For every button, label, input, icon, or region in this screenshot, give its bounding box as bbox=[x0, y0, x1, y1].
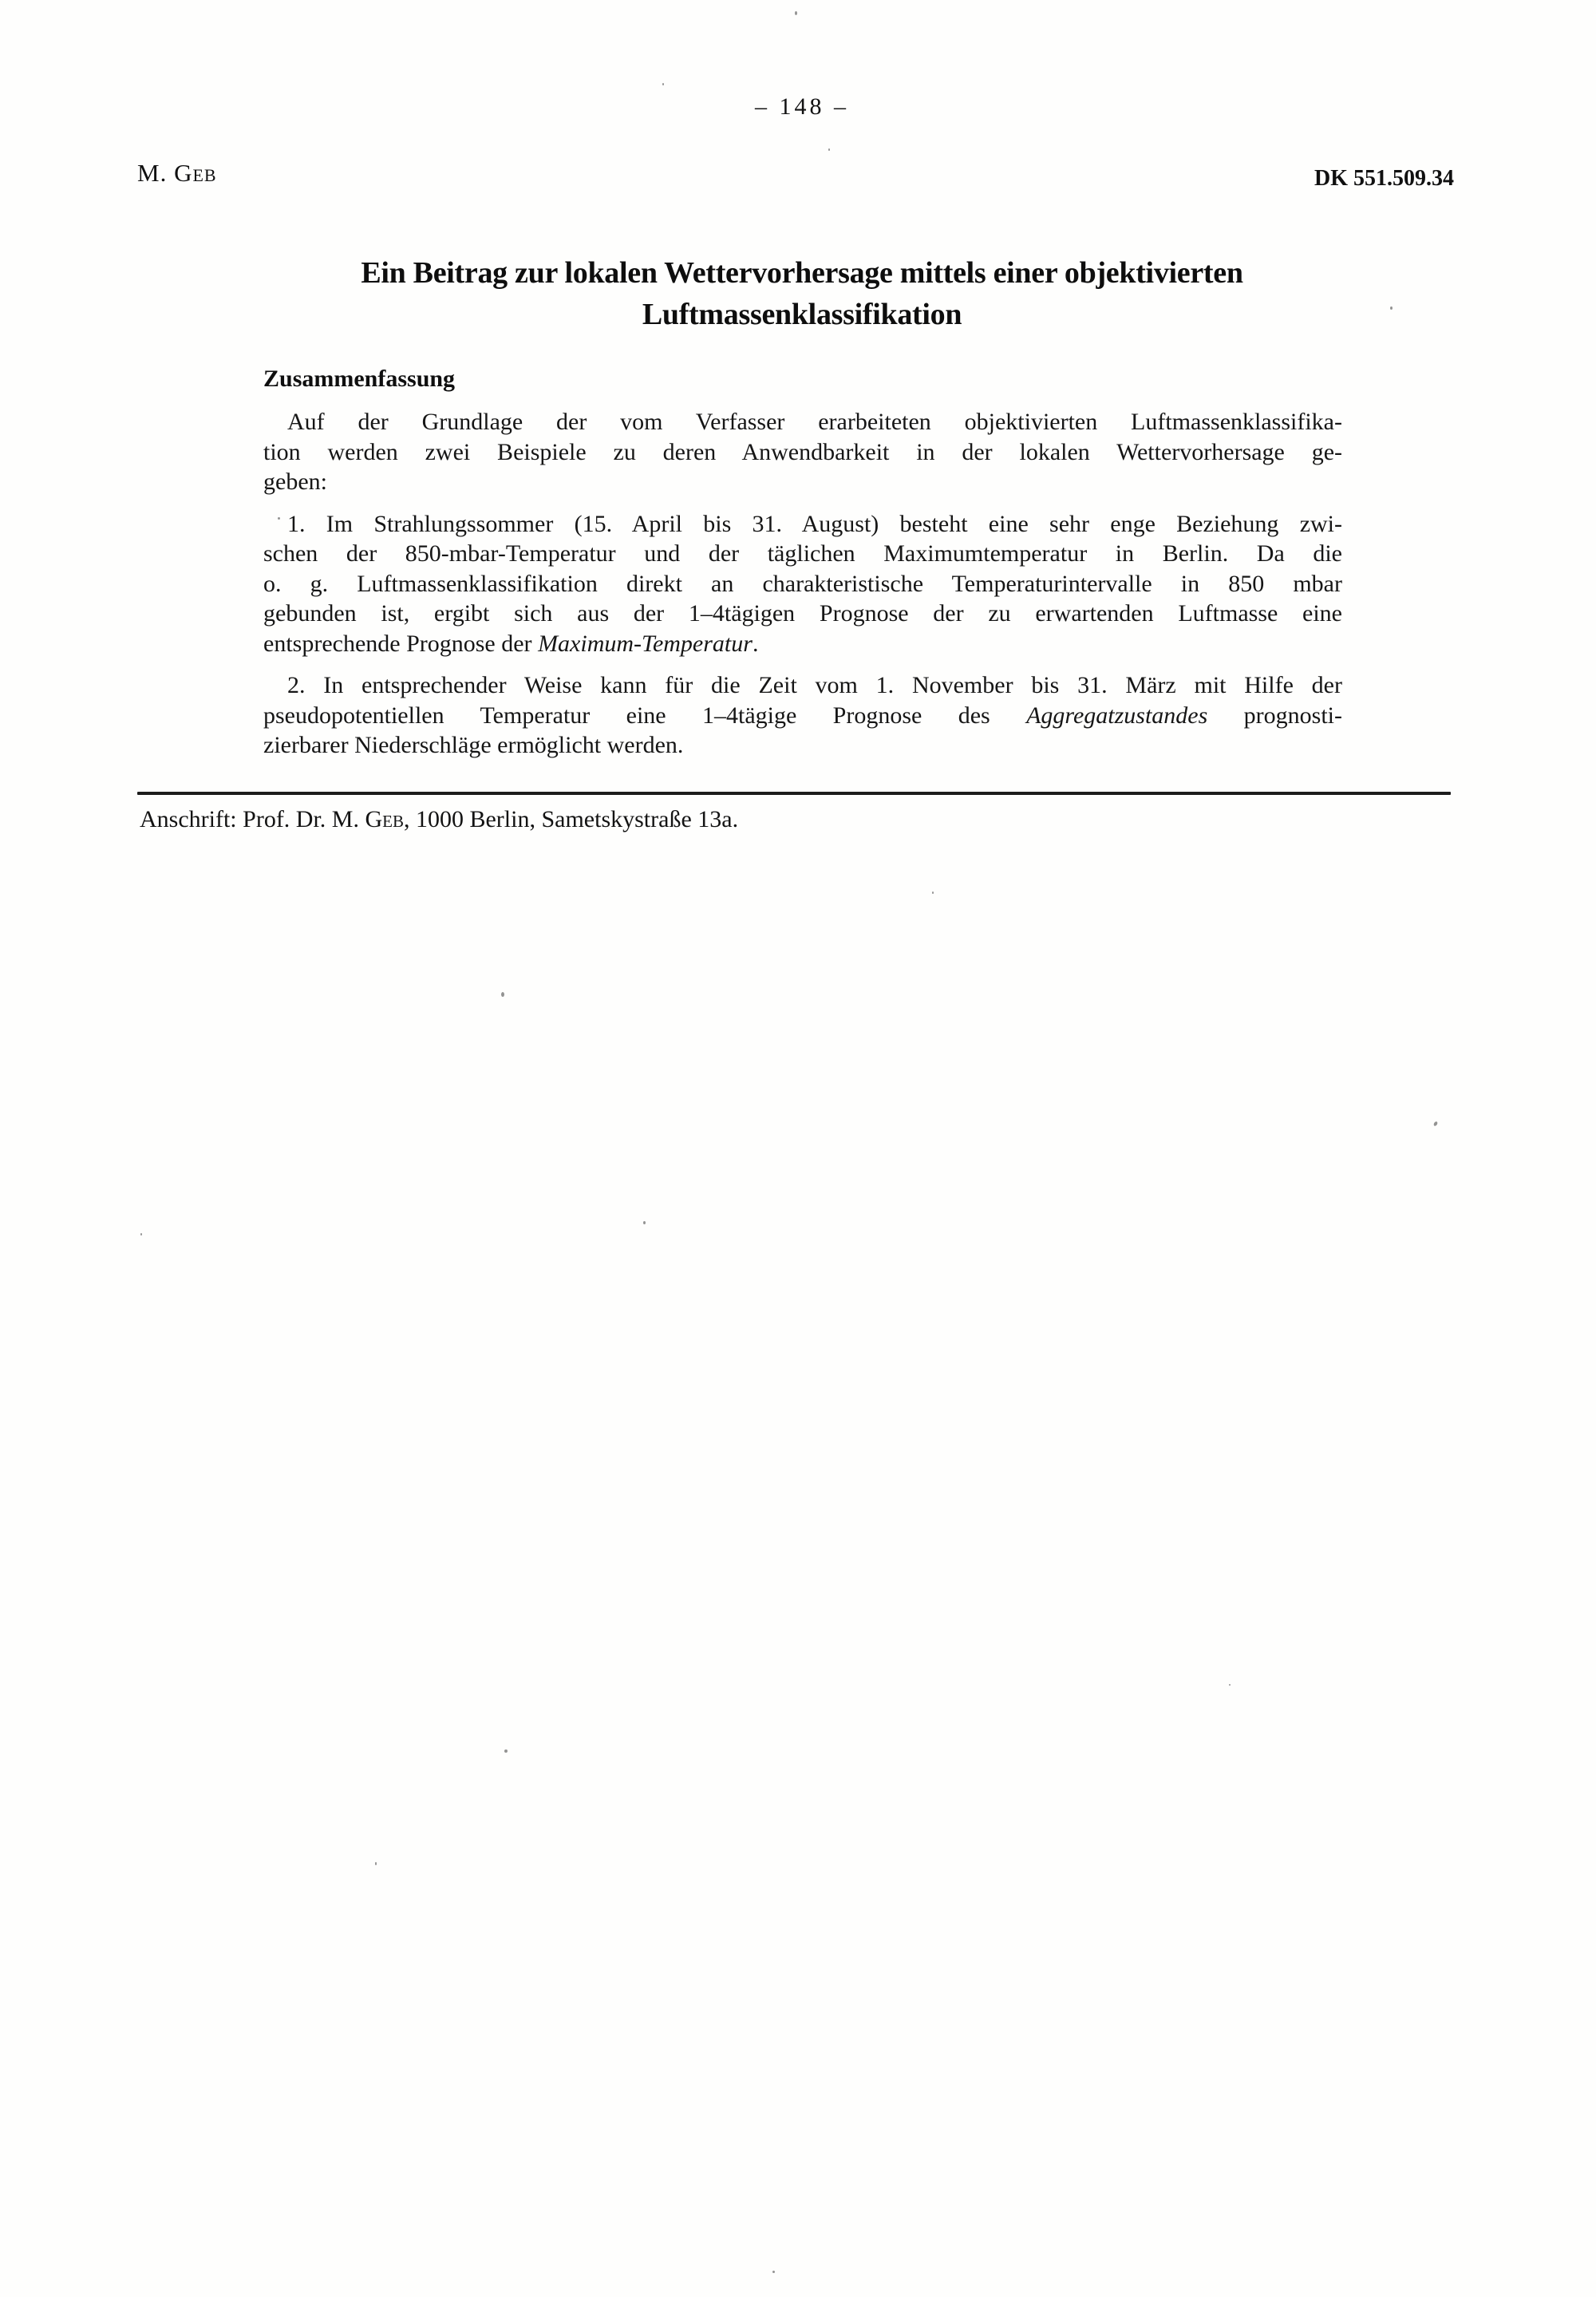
scan-speck bbox=[1229, 1684, 1231, 1686]
scan-speck bbox=[140, 1233, 142, 1235]
text-line: 1. Im Strahlungssommer (15. April bis 31… bbox=[263, 509, 1342, 540]
article-title-line-1: Ein Beitrag zur lokalen Wettervorhersage… bbox=[259, 252, 1345, 294]
scan-speck bbox=[643, 1221, 646, 1224]
text-line: schen der 850-mbar-Temperatur und der tä… bbox=[263, 539, 1342, 569]
abstract-heading: Zusammenfassung bbox=[263, 364, 1342, 394]
scan-speck bbox=[662, 83, 664, 85]
abstract-paragraph-3: 2. In entsprechender Weise kann für die … bbox=[263, 670, 1342, 761]
page-number: – 148 – bbox=[263, 93, 1341, 121]
scan-speck bbox=[501, 992, 504, 997]
text-line: gebunden ist, ergibt sich aus der 1–4täg… bbox=[263, 599, 1342, 629]
text-line: 2. In entsprechender Weise kann für die … bbox=[263, 670, 1342, 701]
dk-classification-number: DK 551.509.34 bbox=[1314, 165, 1454, 192]
text-line: geben: bbox=[263, 467, 1342, 497]
abstract-paragraph-1: Auf der Grundlage der vom Verfasser erar… bbox=[263, 407, 1342, 497]
scan-speck bbox=[278, 517, 280, 520]
author-surname: Geb bbox=[365, 806, 404, 832]
text-segment: . bbox=[753, 631, 759, 657]
text-line: entsprechende Prognose der Maximum-Tempe… bbox=[263, 629, 1342, 659]
text-segment: pseudopotentiellen Temperatur eine 1–4tä… bbox=[263, 702, 1026, 729]
text-segment: entsprechende Prognose der bbox=[263, 631, 538, 657]
text-segment: , 1000 Berlin, Sametskystraße 13a. bbox=[404, 806, 738, 832]
scan-speck bbox=[932, 892, 934, 894]
author-name: M. Geb bbox=[137, 159, 217, 188]
article-title: Ein Beitrag zur lokalen Wettervorhersage… bbox=[259, 252, 1345, 335]
scan-speck bbox=[1433, 1121, 1438, 1126]
scan-speck bbox=[1390, 306, 1393, 310]
scan-speck bbox=[795, 11, 797, 15]
author-address: Anschrift: Prof. Dr. M. Geb, 1000 Berlin… bbox=[140, 805, 738, 835]
text-segment: Anschrift: Prof. Dr. M. bbox=[140, 806, 365, 832]
scanned-journal-page: – 148 – M. Geb DK 551.509.34 Ein Beitrag… bbox=[0, 0, 1596, 2297]
italic-term: Maximum-Temperatur bbox=[538, 631, 753, 657]
scan-speck bbox=[772, 2271, 775, 2273]
text-line: o. g. Luftmassenklassifikation direkt an… bbox=[263, 569, 1342, 599]
abstract-paragraph-2: 1. Im Strahlungssommer (15. April bis 31… bbox=[263, 509, 1342, 659]
text-line: zierbarer Niederschläge ermöglicht werde… bbox=[263, 730, 1342, 761]
abstract-section: Zusammenfassung Auf der Grundlage der vo… bbox=[263, 364, 1342, 773]
separator-rule bbox=[137, 792, 1451, 795]
scan-speck bbox=[828, 148, 830, 151]
text-segment: prognosti- bbox=[1207, 702, 1342, 729]
scan-speck bbox=[504, 1749, 508, 1753]
text-line: Auf der Grundlage der vom Verfasser erar… bbox=[263, 407, 1342, 437]
text-line: pseudopotentiellen Temperatur eine 1–4tä… bbox=[263, 701, 1342, 731]
scan-speck bbox=[375, 1862, 377, 1865]
text-line: tion werden zwei Beispiele zu deren Anwe… bbox=[263, 437, 1342, 468]
italic-term: Aggregatzustandes bbox=[1026, 702, 1207, 729]
article-title-line-2: Luftmassenklassifikation bbox=[259, 294, 1345, 335]
